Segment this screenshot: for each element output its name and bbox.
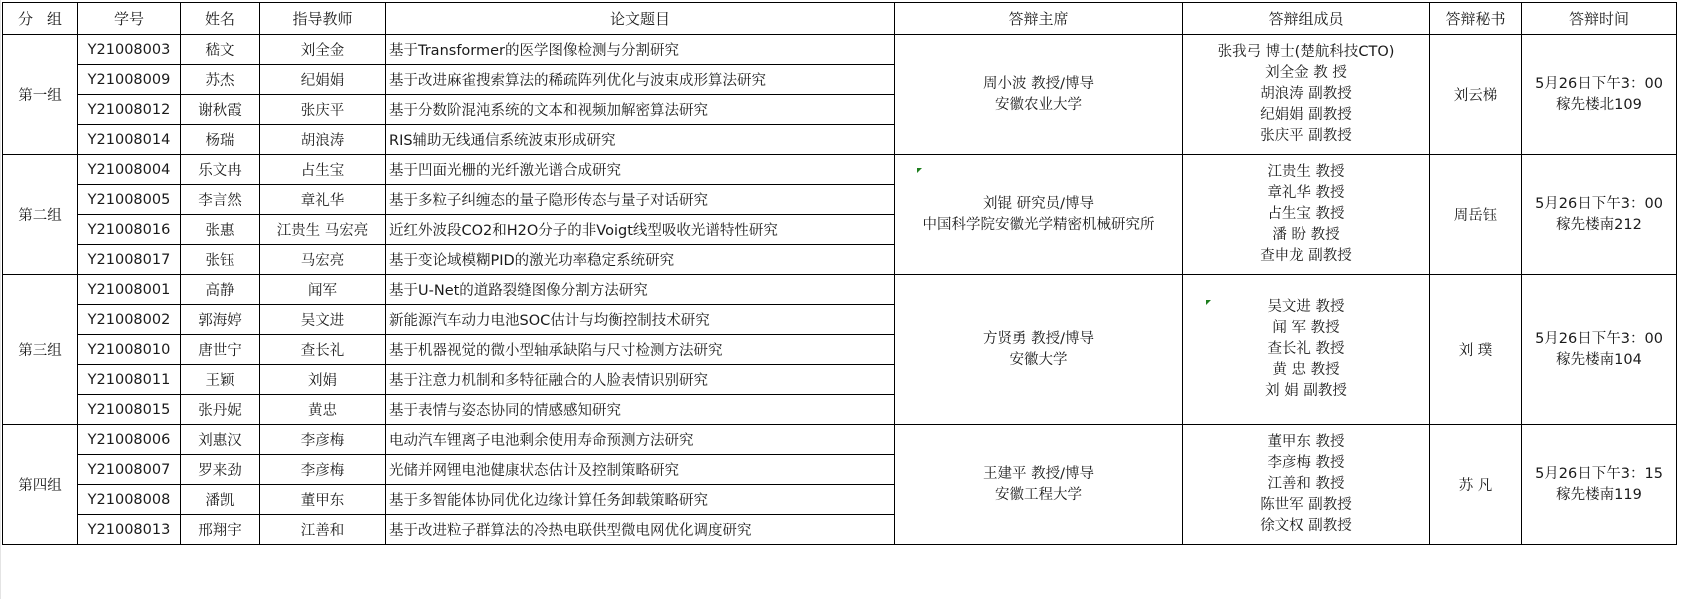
header-group[interactable]: 分组: [3, 3, 78, 35]
thesis-title-cell[interactable]: 基于多粒子纠缠态的量子隐形传态与量子对话研究: [386, 185, 895, 215]
student-id-cell[interactable]: Y21008016: [78, 215, 181, 245]
student-name-cell[interactable]: 谢秋霞: [181, 95, 260, 125]
header-thesis-title[interactable]: 论文题目: [386, 3, 895, 35]
chair-cell[interactable]: 方贤勇 教授/博导 安徽大学: [895, 275, 1183, 425]
members-cell[interactable]: 江贵生 教授 章礼华 教授 占生宝 教授 潘 盼 教授 查申龙 副教授: [1183, 155, 1430, 275]
student-id-cell[interactable]: Y21008003: [78, 35, 181, 65]
header-advisor[interactable]: 指导教师: [260, 3, 386, 35]
advisor-cell[interactable]: 董甲东: [260, 485, 386, 515]
time-cell[interactable]: 5月26日下午3：00 稼先楼北109: [1522, 35, 1677, 155]
student-name-cell[interactable]: 唐世宁: [181, 335, 260, 365]
thesis-title-cell[interactable]: 电动汽车锂离子电池剩余使用寿命预测方法研究: [386, 425, 895, 455]
student-id-cell[interactable]: Y21008013: [78, 515, 181, 545]
group-cell[interactable]: 第二组: [3, 155, 78, 275]
table-row: 第四组 Y21008006 刘惠汉 李彦梅 电动汽车锂离子电池剩余使用寿命预测方…: [3, 425, 1677, 455]
thesis-title-cell[interactable]: 基于注意力机制和多特征融合的人脸表情识别研究: [386, 365, 895, 395]
chair-cell[interactable]: 王建平 教授/博导 安徽工程大学: [895, 425, 1183, 545]
student-name-cell[interactable]: 李言然: [181, 185, 260, 215]
advisor-cell[interactable]: 刘娟: [260, 365, 386, 395]
advisor-cell[interactable]: 张庆平: [260, 95, 386, 125]
members-cell[interactable]: 张我弓 博士(楚航科技CTO) 刘全金 教 授 胡浪涛 副教授 纪娟娟 副教授 …: [1183, 35, 1430, 155]
student-id-cell[interactable]: Y21008010: [78, 335, 181, 365]
thesis-title-cell[interactable]: 基于改进粒子群算法的冷热电联供型微电网优化调度研究: [386, 515, 895, 545]
student-name-cell[interactable]: 张惠: [181, 215, 260, 245]
student-id-cell[interactable]: Y21008007: [78, 455, 181, 485]
student-id-cell[interactable]: Y21008008: [78, 485, 181, 515]
thesis-title-cell[interactable]: 基于分数阶混沌系统的文本和视频加解密算法研究: [386, 95, 895, 125]
time-cell[interactable]: 5月26日下午3：00 稼先楼南104: [1522, 275, 1677, 425]
thesis-title-cell[interactable]: 基于机器视觉的微小型轴承缺陷与尺寸检测方法研究: [386, 335, 895, 365]
student-name-cell[interactable]: 杨瑞: [181, 125, 260, 155]
student-name-cell[interactable]: 邢翔宇: [181, 515, 260, 545]
defense-schedule-table: 分组 学号 姓名 指导教师 论文题目 答辩主席 答辩组成员 答辩秘书 答辩时间 …: [2, 2, 1677, 545]
cell-comment-marker: [917, 168, 922, 173]
advisor-cell[interactable]: 闻军: [260, 275, 386, 305]
student-id-cell[interactable]: Y21008011: [78, 365, 181, 395]
advisor-cell[interactable]: 胡浪涛: [260, 125, 386, 155]
student-name-cell[interactable]: 乐文冉: [181, 155, 260, 185]
cell-comment-marker: [1206, 300, 1211, 305]
advisor-cell[interactable]: 李彦梅: [260, 455, 386, 485]
student-id-cell[interactable]: Y21008001: [78, 275, 181, 305]
table-row: 第二组 Y21008004 乐文冉 占生宝 基于凹面光栅的光纤激光谱合成研究 刘…: [3, 155, 1677, 185]
thesis-title-cell[interactable]: 新能源汽车动力电池SOC估计与均衡控制技术研究: [386, 305, 895, 335]
group-cell[interactable]: 第四组: [3, 425, 78, 545]
advisor-cell[interactable]: 占生宝: [260, 155, 386, 185]
thesis-title-cell[interactable]: 基于Transformer的医学图像检测与分割研究: [386, 35, 895, 65]
header-chair[interactable]: 答辩主席: [895, 3, 1183, 35]
thesis-title-cell[interactable]: 近红外波段CO2和H2O分子的非Voigt线型吸收光谱特性研究: [386, 215, 895, 245]
secretary-cell[interactable]: 刘云梯: [1430, 35, 1522, 155]
advisor-cell[interactable]: 查长礼: [260, 335, 386, 365]
secretary-cell[interactable]: 苏 凡: [1430, 425, 1522, 545]
header-name[interactable]: 姓名: [181, 3, 260, 35]
student-id-cell[interactable]: Y21008005: [78, 185, 181, 215]
secretary-cell[interactable]: 周岳钰: [1430, 155, 1522, 275]
table-row: 第一组 Y21008003 嵇文 刘全金 基于Transformer的医学图像检…: [3, 35, 1677, 65]
thesis-title-cell[interactable]: RIS辅助无线通信系统波束形成研究: [386, 125, 895, 155]
time-cell[interactable]: 5月26日下午3：15 稼先楼南119: [1522, 425, 1677, 545]
header-secretary[interactable]: 答辩秘书: [1430, 3, 1522, 35]
header-row: 分组 学号 姓名 指导教师 论文题目 答辩主席 答辩组成员 答辩秘书 答辩时间: [3, 3, 1677, 35]
advisor-cell[interactable]: 李彦梅: [260, 425, 386, 455]
advisor-cell[interactable]: 江贵生 马宏亮: [260, 215, 386, 245]
header-student-id[interactable]: 学号: [78, 3, 181, 35]
group-cell[interactable]: 第一组: [3, 35, 78, 155]
student-name-cell[interactable]: 张钰: [181, 245, 260, 275]
advisor-cell[interactable]: 江善和: [260, 515, 386, 545]
header-time[interactable]: 答辩时间: [1522, 3, 1677, 35]
student-id-cell[interactable]: Y21008015: [78, 395, 181, 425]
thesis-title-cell[interactable]: 基于改进麻雀搜索算法的稀疏阵列优化与波束成形算法研究: [386, 65, 895, 95]
student-id-cell[interactable]: Y21008002: [78, 305, 181, 335]
student-name-cell[interactable]: 潘凯: [181, 485, 260, 515]
student-name-cell[interactable]: 罗来劲: [181, 455, 260, 485]
advisor-cell[interactable]: 章礼华: [260, 185, 386, 215]
advisor-cell[interactable]: 吴文进: [260, 305, 386, 335]
time-cell[interactable]: 5月26日下午3：00 稼先楼南212: [1522, 155, 1677, 275]
chair-cell[interactable]: 周小波 教授/博导 安徽农业大学: [895, 35, 1183, 155]
student-id-cell[interactable]: Y21008014: [78, 125, 181, 155]
group-cell[interactable]: 第三组: [3, 275, 78, 425]
thesis-title-cell[interactable]: 基于表情与姿态协同的情感感知研究: [386, 395, 895, 425]
thesis-title-cell[interactable]: 基于凹面光栅的光纤激光谱合成研究: [386, 155, 895, 185]
student-name-cell[interactable]: 苏杰: [181, 65, 260, 95]
student-name-cell[interactable]: 高静: [181, 275, 260, 305]
chair-cell[interactable]: 刘锟 研究员/博导 中国科学院安徽光学精密机械研究所: [895, 155, 1183, 275]
advisor-cell[interactable]: 纪娟娟: [260, 65, 386, 95]
student-name-cell[interactable]: 王颖: [181, 365, 260, 395]
thesis-title-cell[interactable]: 光储并网锂电池健康状态估计及控制策略研究: [386, 455, 895, 485]
student-id-cell[interactable]: Y21008009: [78, 65, 181, 95]
student-name-cell[interactable]: 刘惠汉: [181, 425, 260, 455]
student-name-cell[interactable]: 张丹妮: [181, 395, 260, 425]
secretary-cell[interactable]: 刘 璞: [1430, 275, 1522, 425]
advisor-cell[interactable]: 马宏亮: [260, 245, 386, 275]
thesis-title-cell[interactable]: 基于多智能体协同优化边缘计算任务卸载策略研究: [386, 485, 895, 515]
advisor-cell[interactable]: 黄忠: [260, 395, 386, 425]
student-name-cell[interactable]: 嵇文: [181, 35, 260, 65]
student-name-cell[interactable]: 郭海婷: [181, 305, 260, 335]
student-id-cell[interactable]: Y21008017: [78, 245, 181, 275]
student-id-cell[interactable]: Y21008006: [78, 425, 181, 455]
thesis-title-cell[interactable]: 基于变论域模糊PID的激光功率稳定系统研究: [386, 245, 895, 275]
thesis-title-cell[interactable]: 基于U-Net的道路裂缝图像分割方法研究: [386, 275, 895, 305]
advisor-cell[interactable]: 刘全金: [260, 35, 386, 65]
members-cell[interactable]: 吴文进 教授 闻 军 教授 查长礼 教授 黄 忠 教授 刘 娟 副教授: [1183, 275, 1430, 425]
student-id-cell[interactable]: Y21008004: [78, 155, 181, 185]
header-members[interactable]: 答辩组成员: [1183, 3, 1430, 35]
members-cell[interactable]: 董甲东 教授 李彦梅 教授 江善和 教授 陈世军 副教授 徐文权 副教授: [1183, 425, 1430, 545]
table-row: 第三组 Y21008001 高静 闻军 基于U-Net的道路裂缝图像分割方法研究…: [3, 275, 1677, 305]
student-id-cell[interactable]: Y21008012: [78, 95, 181, 125]
